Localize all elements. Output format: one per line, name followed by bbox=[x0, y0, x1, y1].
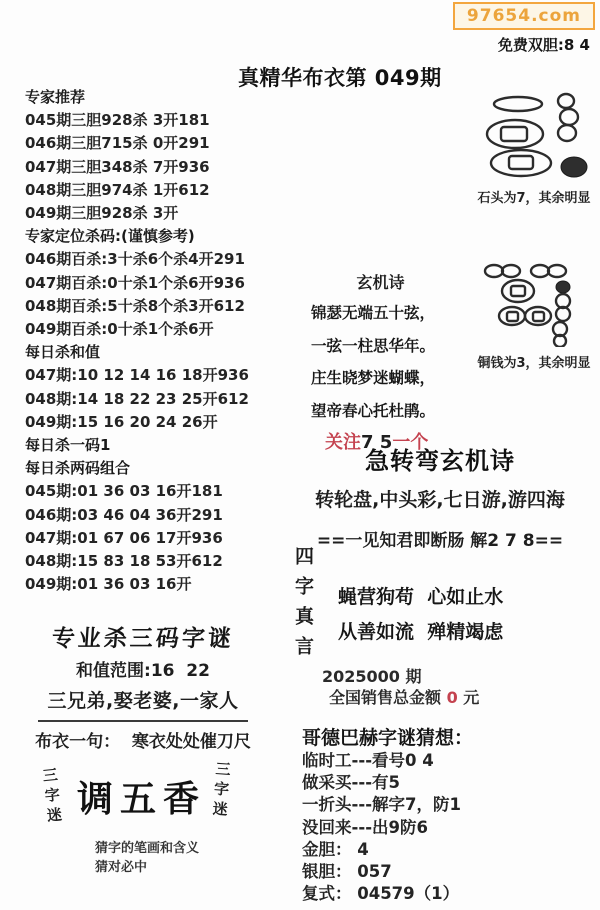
goldbach-line: 做采买---有5 bbox=[302, 772, 594, 794]
daily-kill-two-line: 049期:01 36 03 16开 bbox=[25, 573, 277, 596]
four-char-row: 蝇营狗苟 心如止水 bbox=[338, 582, 503, 609]
turn-poem-title: 急转弯玄机诗 bbox=[288, 441, 592, 476]
goldbach-line: 一折头---解字7，防1 bbox=[302, 794, 594, 816]
expert-recommend-line: 047期三胆348杀 7开936 bbox=[25, 156, 277, 179]
mystery-poem-section: 玄机诗 锦瑟无端五十弦， 一弦一柱思华年。 庄生晓梦迷蝴蝶， 望帝春心托杜鹃。 … bbox=[303, 270, 458, 454]
daily-kill-one-header: 每日杀一码1 bbox=[25, 434, 277, 457]
expert-position-line: 048期百杀:5十杀8个杀3开612 bbox=[25, 295, 277, 318]
mystery-poem-line: 望帝春心托杜鹃。 bbox=[303, 395, 458, 428]
goldbach-line: 复式： 04579（1） bbox=[302, 883, 594, 905]
expert-recommend-line: 046期三胆715杀 0开291 bbox=[25, 132, 277, 155]
four-char-row: 从善如流 殚精竭虑 bbox=[338, 617, 503, 644]
expert-position-line: 049期百杀:0十杀1个杀6开 bbox=[25, 318, 277, 341]
sales-period: 2025000 期 bbox=[322, 666, 479, 687]
stones-sketch-section: 石头为7，其余明显 bbox=[468, 92, 600, 206]
sum-range: 和值范围:16 22 bbox=[12, 656, 274, 681]
daily-kill-sum-line: 048期:14 18 22 23 25开612 bbox=[25, 388, 277, 411]
sales-section: 2025000 期 全国销售总金额 0 元 bbox=[322, 666, 479, 708]
expert-position-line: 046期百杀:3十杀6个杀4开291 bbox=[25, 248, 277, 271]
daily-kill-two-line: 045期:01 36 03 16开181 bbox=[25, 480, 277, 503]
daily-kill-sum-line: 049期:15 16 20 24 26开 bbox=[25, 411, 277, 434]
expert-recommend-line: 049期三胆928杀 3开 bbox=[25, 202, 277, 225]
sales-amount: 0 bbox=[447, 688, 458, 707]
left-column: 专家推荐 045期三胆928杀 3开181 046期三胆715杀 0开291 0… bbox=[25, 86, 277, 596]
coins-caption: 铜钱为3，其余明显 bbox=[470, 352, 598, 371]
sales-total: 全国销售总金额 0 元 bbox=[322, 687, 479, 708]
mystery-poem-line: 锦瑟无端五十弦， bbox=[303, 297, 458, 330]
daily-kill-sum-line: 047期:10 12 14 16 18开936 bbox=[25, 364, 277, 387]
three-code-riddle-section: 专业杀三码字谜 和值范围:16 22 三兄弟,娶老婆,一家人 布衣一句： 寒衣处… bbox=[12, 620, 274, 752]
turn-poem-section: 急转弯玄机诗 转轮盘,中头彩,七日游,游四海 ==一见知君即断肠 解2 7 8=… bbox=[288, 441, 592, 551]
three-char-label-left: 三字迷 bbox=[39, 766, 66, 828]
daily-kill-two-line: 048期:15 83 18 53开612 bbox=[25, 550, 277, 573]
three-char-note: 猜字的笔画和含义 bbox=[95, 837, 199, 856]
expert-recommend-line: 045期三胆928杀 3开181 bbox=[25, 109, 277, 132]
stones-sketch-icon bbox=[473, 92, 595, 182]
expert-position-line: 047期百杀:0十杀1个杀6开936 bbox=[25, 272, 277, 295]
expert-recommend-header: 专家推荐 bbox=[25, 86, 277, 109]
four-char-section: 四字真言 蝇营狗苟 心如止水 从善如流 殚精竭虑 bbox=[288, 546, 588, 671]
four-char-side-label: 四字真言 bbox=[290, 546, 317, 666]
sales-prefix: 全国销售总金额 bbox=[329, 688, 447, 707]
mystery-poem-title: 玄机诗 bbox=[303, 270, 458, 293]
mystery-poem-line: 一弦一柱思华年。 bbox=[303, 330, 458, 363]
goldbach-line: 银胆： 057 bbox=[302, 861, 594, 883]
buyi-sentence: 布衣一句： 寒衣处处催刀尺 bbox=[12, 727, 274, 752]
three-code-riddle-title: 专业杀三码字谜 bbox=[11, 620, 275, 653]
goldbach-title: 哥德巴赫字谜猜想： bbox=[302, 726, 594, 750]
site-link[interactable]: 97654.com bbox=[453, 2, 595, 30]
sales-suffix: 元 bbox=[458, 688, 480, 707]
divider bbox=[38, 720, 248, 722]
three-char-word: 调五香 bbox=[77, 771, 206, 822]
daily-kill-two-header: 每日杀两码组合 bbox=[25, 457, 277, 480]
three-char-note: 猜对必中 bbox=[95, 856, 147, 875]
goldbach-section: 哥德巴赫字谜猜想： 临时工---看号0 4 做采买---有5 一折头---解字7… bbox=[302, 726, 594, 905]
three-char-riddle-section: 三字迷 调五香 三字迷 猜字的笔画和含义 猜对必中 bbox=[15, 755, 277, 905]
goldbach-line: 临时工---看号0 4 bbox=[302, 750, 594, 772]
three-char-label-right: 三字迷 bbox=[209, 760, 234, 821]
coins-sketch-icon bbox=[478, 263, 590, 347]
daily-kill-two-line: 046期:03 46 04 36开291 bbox=[25, 504, 277, 527]
turn-poem-line: 转轮盘,中头彩,七日游,游四海 bbox=[288, 485, 592, 512]
free-double-dan-text: 免费双胆:8 4 bbox=[498, 34, 590, 55]
daily-kill-two-line: 047期:01 67 06 17开936 bbox=[25, 527, 277, 550]
daily-kill-sum-header: 每日杀和值 bbox=[25, 341, 277, 364]
stones-caption: 石头为7，其余明显 bbox=[468, 187, 600, 206]
expert-position-header: 专家定位杀码:(谨慎参考) bbox=[25, 225, 277, 248]
mystery-poem-line: 庄生晓梦迷蝴蝶， bbox=[303, 362, 458, 395]
goldbach-line: 金胆： 4 bbox=[302, 839, 594, 861]
expert-recommend-line: 048期三胆974杀 1开612 bbox=[25, 179, 277, 202]
buyi-tip-sheet: 97654.com 免费双胆:8 4 真精华布衣第 049期 专家推荐 045期… bbox=[0, 0, 600, 910]
coins-sketch-section: 铜钱为3，其余明显 bbox=[470, 263, 598, 371]
riddle-phrase: 三兄弟,娶老婆,一家人 bbox=[12, 686, 274, 713]
goldbach-line: 没回来---出9防6 bbox=[302, 817, 594, 839]
